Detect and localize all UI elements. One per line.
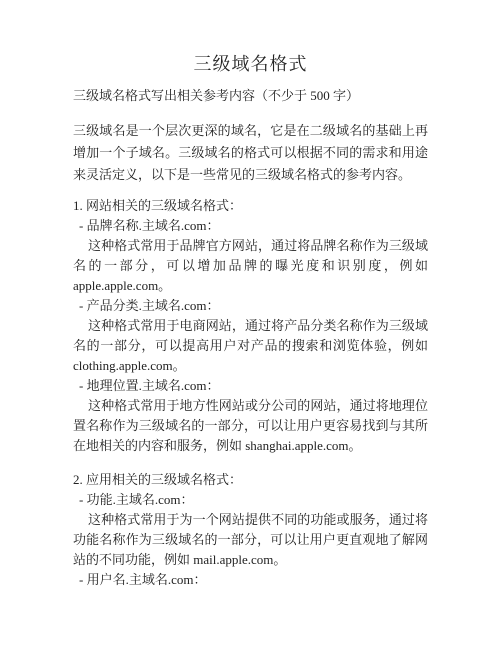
- section-app-formats: 2. 应用相关的三级域名格式： - 功能.主域名.com： 这种格式常用于为一个…: [73, 470, 428, 590]
- domain-format-description-location: 这种格式常用于地方性网站或分公司的网站，通过将地理位置名称作为三级域名的一部分，…: [73, 396, 428, 456]
- domain-format-label-location: - 地理位置.主域名.com：: [73, 376, 428, 396]
- document-page: 三级域名格式 三级域名格式写出相关参考内容（不少于 500 字） 三级域名是一个…: [0, 0, 500, 647]
- domain-format-description-brand: 这种格式常用于品牌官方网站，通过将品牌名称作为三级域名的一部分，可以增加品牌的曝…: [73, 236, 428, 296]
- domain-format-label-product: - 产品分类.主域名.com：: [73, 296, 428, 316]
- domain-format-label-username: - 用户名.主域名.com：: [73, 570, 428, 590]
- domain-format-description-function: 这种格式常用于为一个网站提供不同的功能或服务，通过将功能名称作为三级域名的一部分…: [73, 510, 428, 570]
- intro-paragraph: 三级域名是一个层次更深的域名，它是在二级域名的基础上再增加一个子域名。三级域名的…: [73, 120, 428, 186]
- domain-format-label-function: - 功能.主域名.com：: [73, 490, 428, 510]
- section-website-formats: 1. 网站相关的三级域名格式： - 品牌名称.主域名.com： 这种格式常用于品…: [73, 196, 428, 456]
- section-heading: 1. 网站相关的三级域名格式：: [73, 196, 428, 216]
- domain-format-description-product: 这种格式常用于电商网站，通过将产品分类名称作为三级域名的一部分，可以提高用户对产…: [73, 316, 428, 376]
- section-heading: 2. 应用相关的三级域名格式：: [73, 470, 428, 490]
- domain-format-label-brand: - 品牌名称.主域名.com：: [73, 216, 428, 236]
- prompt-line: 三级域名格式写出相关参考内容（不少于 500 字）: [73, 86, 428, 106]
- page-title: 三级域名格式: [73, 52, 428, 76]
